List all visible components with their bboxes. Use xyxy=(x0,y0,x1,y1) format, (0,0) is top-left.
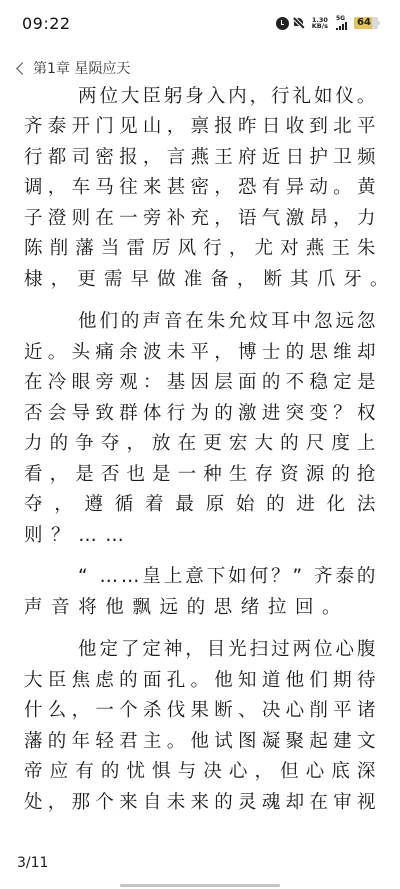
status-time: 09:22 xyxy=(22,14,71,33)
text-line: 陈削藩当雷厉风行，尤对燕王朱 xyxy=(24,238,376,260)
text-line: 夺，遵循着最原始的进化法 xyxy=(24,494,376,516)
text-line: “……皇上意下如何？”齐泰的 xyxy=(78,566,376,588)
status-icons: 1.30 KB/s 5G 64 xyxy=(276,15,378,31)
page-indicator: 3/11 xyxy=(17,855,48,871)
text-line: 看，是否也是一种生存资源的抢 xyxy=(24,464,376,486)
text-line: 齐泰开门见山，禀报昨日收到北平 xyxy=(24,116,376,138)
text-line: 什么，一个杀伐果断、决心削平诸 xyxy=(24,700,376,722)
chevron-left-icon[interactable] xyxy=(16,62,29,75)
network-speed-unit: KB/s xyxy=(312,23,328,30)
text-line: 则？…… xyxy=(24,525,376,547)
text-line: 在冷眼旁观：基因层面的不稳定是 xyxy=(24,372,376,394)
text-line: 处，那个来自未来的灵魂却在审视 xyxy=(24,792,376,814)
text-line: 调，车马往来甚密，恐有异动。黄 xyxy=(24,177,376,199)
chapter-title: 第1章 星陨应天 xyxy=(33,58,130,78)
network-speed: 1.30 KB/s xyxy=(312,17,328,30)
text-line: 力的争夺，放在更宏大的尺度上 xyxy=(24,433,376,455)
signal-indicator: 5G xyxy=(336,16,347,30)
text-line: 他们的声音在朱允炆耳中忽远忽 xyxy=(78,311,376,333)
text-line: 大臣焦虑的面孔。他知道他们期待 xyxy=(24,670,376,692)
text-line: 棣，更需早做准备，断其爪牙。 xyxy=(24,269,376,291)
signal-bars-icon xyxy=(336,22,347,30)
home-indicator[interactable] xyxy=(120,884,280,887)
text-line: 藩的年轻君主。他试图凝聚起建文 xyxy=(24,731,376,753)
status-bar: 09:22 1.30 KB/s 5G 64 xyxy=(0,0,400,44)
text-line: 他定了定神，目光扫过两位心腹 xyxy=(78,639,376,661)
text-line: 子澄则在一旁补充，语气激昂，力 xyxy=(24,208,376,230)
text-line: 否会导致群体行为的激进突变？权 xyxy=(24,403,376,425)
text-line: 行都司密报，言燕王府近日护卫频 xyxy=(24,147,376,169)
text-line: 声音将他飘远的思绪拉回。 xyxy=(24,597,376,619)
back-to-chapter-button[interactable]: 第1章 星陨应天 xyxy=(14,59,130,77)
alarm-icon xyxy=(276,17,289,30)
text-line: 帝应有的忧惧与决心，但心底深 xyxy=(24,761,376,783)
battery-level: 64 xyxy=(357,17,371,29)
text-line: 近。头痛余波未平，博士的思维却 xyxy=(24,342,376,364)
battery-icon: 64 xyxy=(354,17,378,29)
bell-muted-icon xyxy=(293,17,304,29)
text-line: 两位大臣躬身入内，行礼如仪。 xyxy=(78,86,376,108)
